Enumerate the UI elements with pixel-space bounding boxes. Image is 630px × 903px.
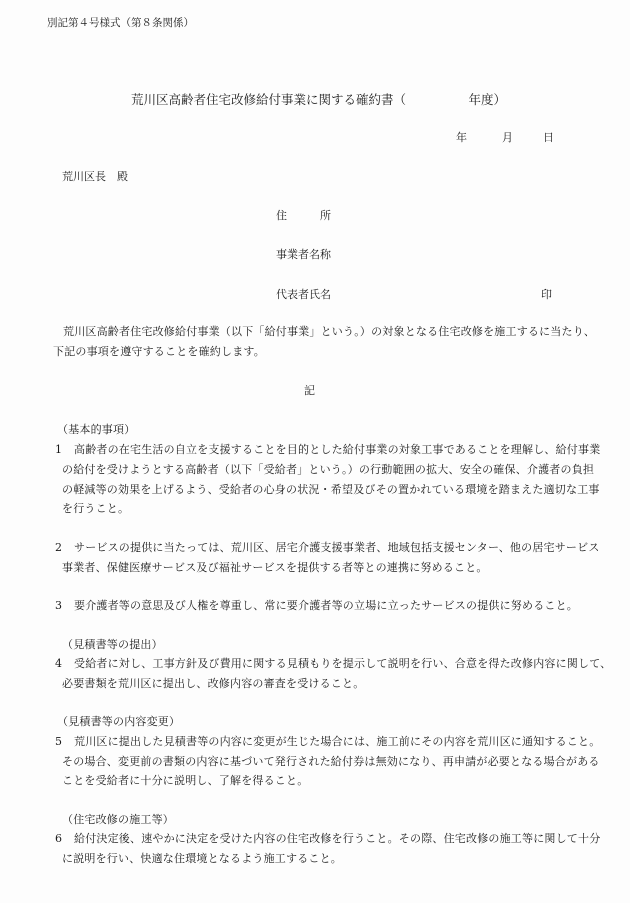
- clause-number: 6: [55, 832, 62, 846]
- clause-number: 4: [55, 657, 62, 671]
- seal-label: 印: [541, 288, 552, 302]
- address-label: 住 所: [276, 209, 331, 223]
- clause-line: サービスの提供に当たっては、荒川区、居宅介護支援事業者、地域包括支援センター、他…: [74, 541, 600, 555]
- clause-number: 5: [55, 735, 62, 749]
- clause-line: 要介護者等の意思及び人権を尊重し、常に要介護者等の立場に立ったサービスの提供に努…: [74, 599, 578, 613]
- clause-line: を行うこと。: [62, 502, 129, 516]
- intro-line: 下記の事項を遵守することを確約します。: [53, 345, 265, 359]
- clause-number: 1: [55, 443, 62, 457]
- clause-line: 給付決定後、速やかに決定を受けた内容の住宅改修を行うこと。その際、住宅改修の施工…: [74, 832, 600, 846]
- day-label: 日: [543, 131, 554, 145]
- clause-line: その場合、変更前の書類の内容に基づいて発行された給付券は無効になり、再申請が必要…: [62, 755, 600, 769]
- clause-line: の給付を受けようとする高齢者（以下「受給者」という。）の行動範囲の拡大、安全の確…: [62, 463, 594, 477]
- representative-label: 代表者氏名: [276, 288, 331, 302]
- clause-line: に説明を行い、快適な住環境となるよう施工すること。: [62, 852, 342, 866]
- addressee: 荒川区長 殿: [62, 170, 128, 184]
- clause-line: 事業者、保健医療サービス及び福祉サービスを提供する者等との連携に努めること。: [62, 561, 488, 575]
- form-number: 別記第４号様式（第８条関係）: [47, 16, 194, 30]
- clause-number: 2: [55, 541, 62, 555]
- ki-heading: 記: [304, 384, 315, 398]
- clause-line: 荒川区に提出した見積書等の内容に変更が生じた場合には、施工前にその内容を荒川区に…: [74, 735, 600, 749]
- clause-line: の軽減等の効果を上げるよう、受給者の心身の状況・希望及びその置かれている環境を踏…: [62, 483, 600, 497]
- clause-line: 必要書類を荒川区に提出し、改修内容の審査を受けること。: [62, 677, 364, 691]
- intro-line: 荒川区高齢者住宅改修給付事業（以下「給付事業」という。）の対象となる住宅改修を施…: [63, 325, 595, 339]
- clause-line: 受給者に対し、工事方針及び費用に関する見積もりを提示して説明を行い、合意を得た改…: [74, 657, 611, 671]
- document-title: 荒川区高齢者住宅改修給付事業に関する確約書（ 年度）: [131, 93, 506, 107]
- clause-line: ことを受給者に十分に説明し、了解を得ること。: [62, 774, 308, 788]
- clause-number: 3: [55, 599, 62, 613]
- month-label: 月: [502, 131, 513, 145]
- section-heading: （住宅改修の施工等）: [62, 813, 174, 827]
- clause-line: 高齢者の在宅生活の自立を支援することを目的とした給付事業の対象工事であることを理…: [74, 443, 600, 457]
- year-label: 年: [456, 131, 467, 145]
- section-heading: （見積書等の提出）: [62, 638, 163, 652]
- section-heading: （見積書等の内容変更）: [57, 715, 180, 729]
- business-name-label: 事業者名称: [276, 248, 331, 262]
- section-heading: （基本的事項）: [57, 423, 135, 437]
